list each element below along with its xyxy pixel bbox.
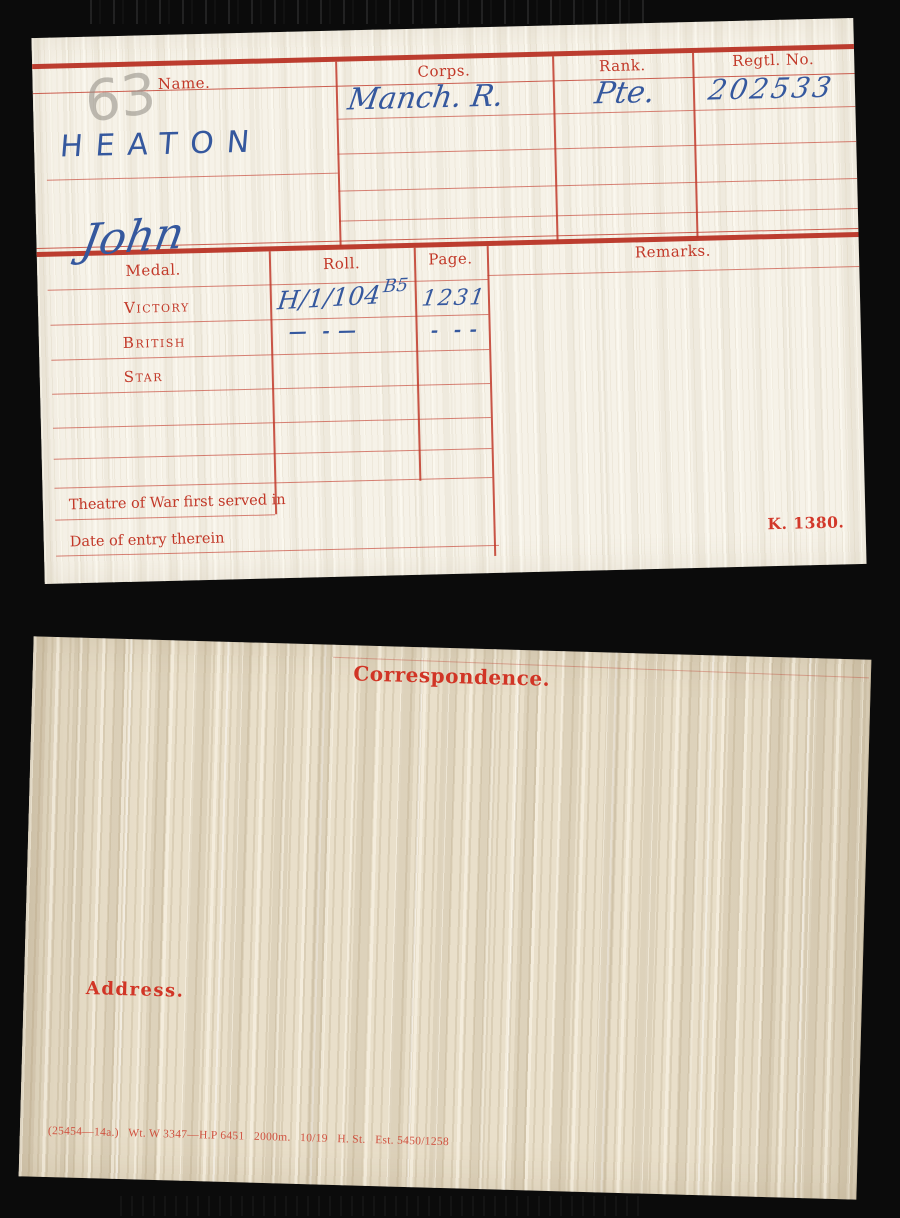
surname-entry: HEATON — [59, 124, 264, 164]
medal-row-british-label: British — [123, 332, 186, 352]
address-label: Address. — [86, 978, 185, 1002]
medal-index-card-front: Name. Corps. Rank. Regtl. No. Medal. Rol… — [31, 18, 866, 584]
regtl-no-entry: 202533 — [706, 70, 837, 106]
writing-line — [339, 208, 858, 222]
writing-line — [338, 178, 857, 192]
table-header-medal: Medal. — [37, 258, 269, 282]
scan-noise-top — [90, 0, 650, 24]
column-header-name: Name. — [32, 71, 335, 96]
theatre-of-war-label: Theatre of War first served in — [69, 492, 286, 513]
remarks-header-underline — [487, 266, 859, 276]
divider-medal-roll — [269, 251, 277, 514]
printer-imprint: (25454—14a.) Wt. W 3347—H.P 6451 2000m. … — [48, 1125, 449, 1148]
form-reference-code: K. 1380. — [767, 512, 844, 533]
medal-header-underline — [48, 279, 488, 291]
writing-line — [47, 173, 338, 181]
pencil-annotation: 63 — [83, 61, 159, 136]
divider-page-remarks — [487, 246, 496, 556]
medal-index-card-back: Correspondence. Address. (25454—14a.) Wt… — [19, 636, 872, 1199]
scan-noise-bottom — [120, 1196, 640, 1216]
victory-roll-number: H/1/104 — [276, 280, 382, 315]
rank-entry: Pte. — [592, 75, 657, 112]
medal-row-star-label: Star — [124, 367, 164, 386]
british-roll-dashes: — - — — [288, 320, 357, 343]
forename-entry: John — [77, 208, 188, 267]
writing-line — [337, 141, 856, 155]
british-page-dashes: - - - — [430, 319, 478, 341]
column-header-rank: Rank. — [552, 55, 692, 76]
scanned-document-background: Name. Corps. Rank. Regtl. No. Medal. Rol… — [0, 0, 900, 1218]
theatre-underline — [55, 514, 275, 521]
table-header-page: Page. — [414, 249, 487, 269]
victory-page-entry: 1231 — [420, 285, 488, 312]
medal-row-victory-label: Victory — [124, 297, 190, 317]
table-header-roll: Roll. — [269, 253, 414, 275]
divider-roll-page — [414, 248, 421, 481]
date-of-entry-label: Date of entry therein — [70, 531, 225, 551]
column-header-regtl-no: Regtl. No. — [692, 49, 854, 71]
victory-roll-note: B5 — [382, 275, 409, 298]
corps-entry: Manch. R. — [345, 79, 506, 118]
correspondence-title: Correspondence. — [33, 652, 871, 699]
